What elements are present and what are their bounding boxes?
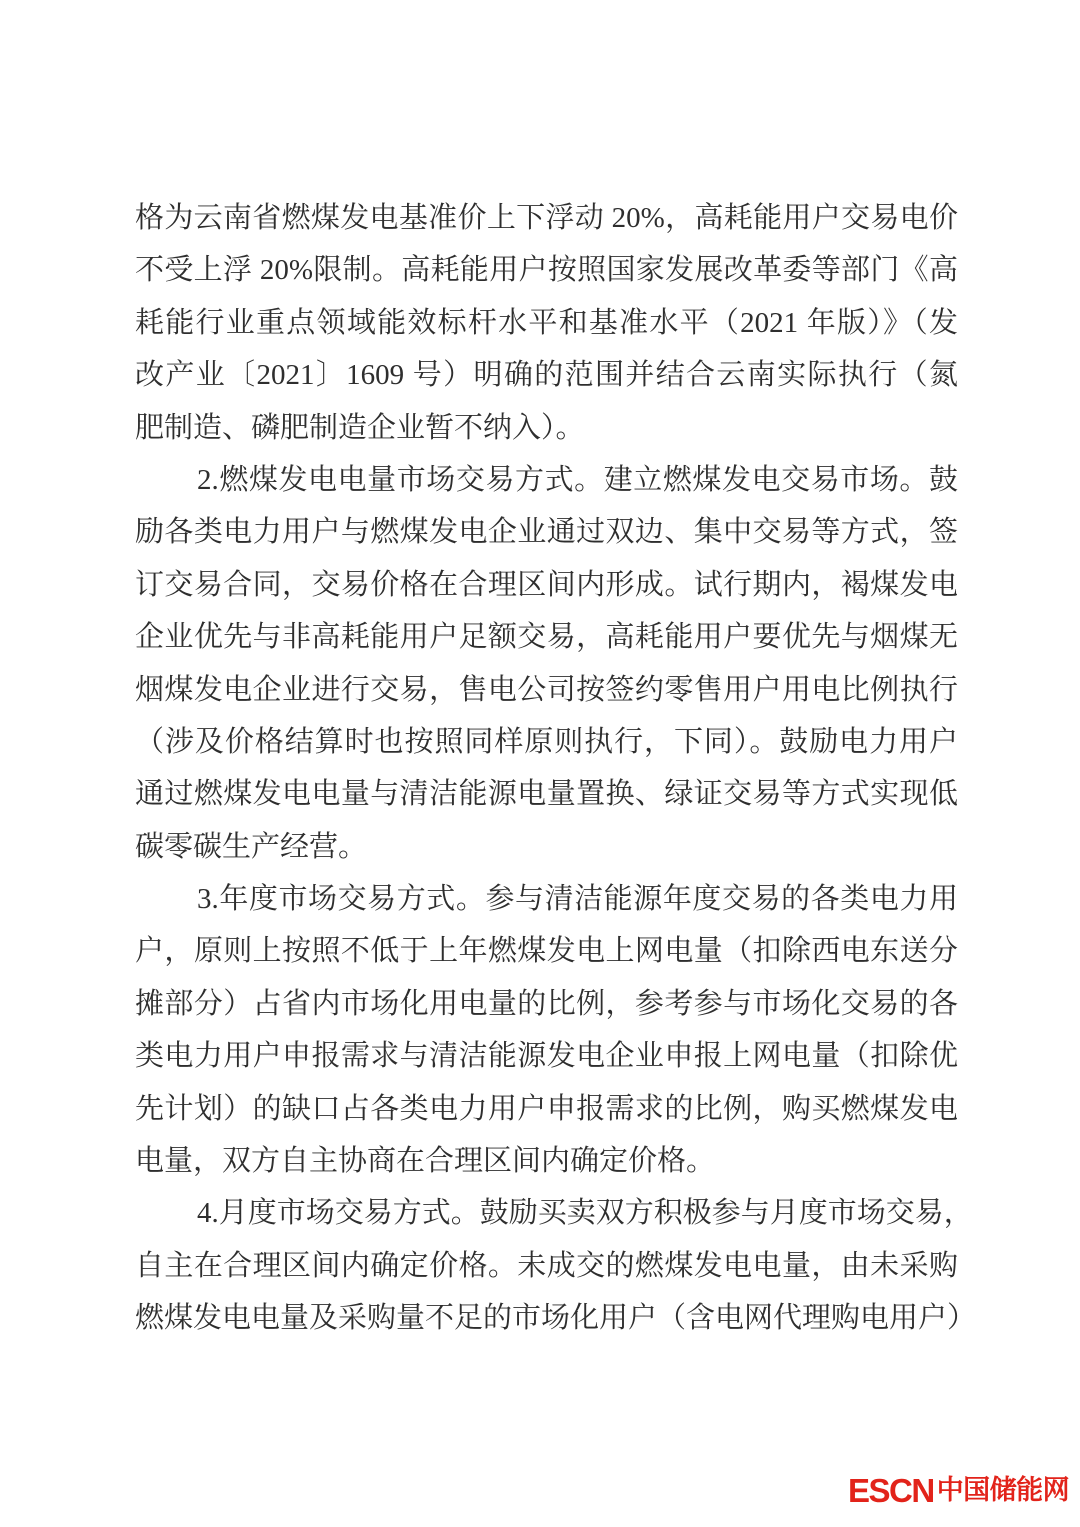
escn-logo-text: ESCN <box>848 1474 934 1507</box>
text-line: 企业优先与非高耗能用户足额交易，高耗能用户要优先与烟煤无 <box>135 611 958 663</box>
text-line: 类电力用户申报需求与清洁能源发电企业申报上网电量（扣除优 <box>135 1030 958 1082</box>
text-line: 2.燃煤发电电量市场交易方式。建立燃煤发电交易市场。鼓 <box>135 454 958 506</box>
text-line: 户，原则上按照不低于上年燃煤发电上网电量（扣除西电东送分 <box>135 925 958 977</box>
document-page: 格为云南省燃煤发电基准价上下浮动 20%，高耗能用户交易电价不受上浮 20%限制… <box>0 0 1080 1527</box>
site-name-text: 中国储能网 <box>937 1477 1070 1504</box>
text-line: 燃煤发电电量及采购量不足的市场化用户（含电网代理购电用户） <box>135 1292 958 1344</box>
text-line: （涉及价格结算时也按照同样原则执行，下同）。鼓励电力用户 <box>135 716 958 768</box>
text-line: 自主在合理区间内确定价格。未成交的燃煤发电电量，由未采购 <box>135 1240 958 1292</box>
text-line: 订交易合同，交易价格在合理区间内形成。试行期内，褐煤发电 <box>135 559 958 611</box>
text-line: 通过燃煤发电电量与清洁能源电量置换、绿证交易等方式实现低 <box>135 768 958 820</box>
text-line: 改产业〔2021〕1609 号）明确的范围并结合云南实际执行（氮 <box>135 349 958 401</box>
text-line: 碳零碳生产经营。 <box>135 821 958 873</box>
text-line: 不受上浮 20%限制。高耗能用户按照国家发展改革委等部门《高 <box>135 244 958 296</box>
text-line: 3.年度市场交易方式。参与清洁能源年度交易的各类电力用 <box>135 873 958 925</box>
text-line: 电量，双方自主协商在合理区间内确定价格。 <box>135 1135 958 1187</box>
text-line: 4.月度市场交易方式。鼓励买卖双方积极参与月度市场交易， <box>135 1187 958 1239</box>
text-line: 格为云南省燃煤发电基准价上下浮动 20%，高耗能用户交易电价 <box>135 192 958 244</box>
text-line: 肥制造、磷肥制造企业暂不纳入）。 <box>135 402 958 454</box>
text-line: 烟煤发电企业进行交易，售电公司按签约零售用户用电比例执行 <box>135 664 958 716</box>
text-line: 耗能行业重点领域能效标杆水平和基准水平（2021 年版）》（发 <box>135 297 958 349</box>
text-line: 先计划）的缺口占各类电力用户申报需求的比例，购买燃煤发电 <box>135 1083 958 1135</box>
document-text: 格为云南省燃煤发电基准价上下浮动 20%，高耗能用户交易电价不受上浮 20%限制… <box>135 192 958 1345</box>
text-line: 摊部分）占省内市场化用电量的比例，参考参与市场化交易的各 <box>135 978 958 1030</box>
escn-watermark-logo: ESCN 中国储能网 <box>848 1474 1069 1507</box>
text-line: 励各类电力用户与燃煤发电企业通过双边、集中交易等方式，签 <box>135 506 958 558</box>
